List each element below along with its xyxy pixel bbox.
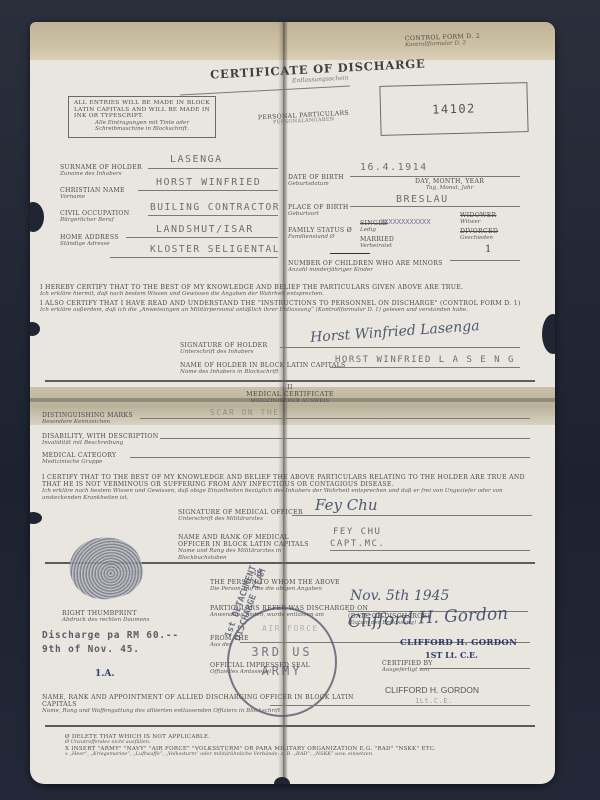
category-label: MEDICAL CATEGORY [42, 452, 116, 459]
status-single-de: Ledig [360, 227, 387, 233]
holder-signature-line [280, 347, 520, 348]
status-divorced: DIVORCED [460, 228, 498, 235]
family-status-label-de: Familienstand Ø [288, 234, 352, 240]
children-label: NUMBER OF CHILDREN WHO ARE MINORS [288, 260, 443, 267]
stamp-center-text: 3RD US ARMY [229, 643, 335, 681]
certify-line2: I ALSO CERTIFY THAT I HAVE READ AND UNDE… [40, 300, 540, 307]
certifier-typed-rank: 1Lt.C.E. [415, 697, 453, 705]
officer-line [270, 705, 530, 706]
holder-name-block: HORST WINFRIED L A S E N G [335, 355, 515, 365]
dob-label-de: Geburtsdatum [288, 181, 344, 187]
notice-text: ALL ENTRIES WILL BE MADE IN BLOCK LATIN … [74, 100, 210, 120]
address-line2-rule [110, 257, 278, 258]
dob-format-en: DAY, MONTH, YEAR [415, 178, 484, 185]
thumbprint-image [64, 530, 147, 606]
disability-field: DISABILITY, WITH DESCRIPTION Invalidität… [42, 433, 158, 447]
marks-label-de: Besondere Kennzeichen [42, 419, 133, 425]
address-line1-rule [126, 237, 278, 238]
address-line2: KLOSTER SELIGENTAL [150, 244, 280, 255]
medical-officer-name: FEY CHU [333, 527, 381, 537]
section-divider-3 [45, 725, 535, 727]
pob-label-de: Geburtsort [288, 211, 349, 217]
discharge-date: Nov. 5th 1945 [350, 588, 449, 604]
officer-label-de: Name, Rang und Waffengattung des alliier… [42, 708, 372, 714]
marks-line [140, 418, 530, 419]
marks-field: DISTINGUISHING MARKS Besondere Kennzeich… [42, 412, 133, 426]
thumbprint-caption: RIGHT THUMBPRINT Abdruck des rechten Dau… [62, 610, 150, 624]
disability-label: DISABILITY, WITH DESCRIPTION [42, 433, 158, 440]
marks-value: SCAR ON THE [210, 408, 279, 417]
occupation-value: BUILING CONTRACTOR [150, 202, 280, 213]
certified-by-label: CERTIFIED BY [382, 660, 433, 667]
disability-label-de: Invalidität mit Beschreibung [42, 440, 158, 446]
dob-line [350, 176, 520, 177]
dob-label: DATE OF BIRTH [288, 174, 344, 181]
status-divorced-option: DIVORCED Geschieden [460, 228, 498, 242]
status-married-de: Verheiratet [360, 243, 394, 249]
surname-value: LASENGA [170, 154, 223, 165]
payment-note: Discharge pa RM 60.-- 9th of Nov. 45. [42, 629, 179, 657]
paper-hole [30, 512, 42, 524]
status-married-option: MARRIED Verheiratet [360, 236, 394, 250]
discharge-certificate: CONTROL FORM D. 2 Kontrollformular D. 2 … [30, 22, 555, 784]
medical-cert-text: I CERTIFY THAT TO THE BEST OF MY KNOWLED… [42, 474, 537, 488]
medical-certification: I CERTIFY THAT TO THE BEST OF MY KNOWLED… [42, 474, 537, 501]
document-title-de: Entlassungsschein [292, 75, 349, 85]
pob-value: BRESLAU [396, 194, 449, 205]
holder-name-block-label: NAME OF HOLDER IN BLOCK LATIN CAPITALS [180, 362, 346, 369]
occupation-line [148, 215, 278, 216]
serial-number-box: 14102 [379, 82, 528, 136]
medical-name-rank-line [330, 550, 530, 551]
disability-line [160, 438, 530, 439]
certify-line1-de: Ich erkläre hiermit, daß nach bestem Wis… [40, 291, 540, 297]
children-count: 1 [485, 244, 491, 255]
holder-name-block-label-de: Name des Inhabers in Blockschrift [180, 369, 346, 375]
certifier-stamp-rank: 1ST Lt. C.E. [425, 650, 478, 660]
pob-line [350, 206, 520, 207]
medical-name-rank-field: NAME AND RANK OF MEDICAL OFFICER IN BLOC… [178, 534, 318, 561]
holder-signature: Horst Winfried Lasenga [310, 318, 480, 346]
medical-signature-line [292, 515, 532, 516]
person-label-de: Die Person, auf die die obigen Angaben [210, 586, 340, 592]
title-underline [180, 86, 350, 96]
dob-format: DAY, MONTH, YEAR Tag, Monat, Jahr [415, 178, 484, 192]
certified-by-line [420, 668, 530, 669]
serial-number: 14102 [432, 101, 476, 116]
payment-note-line1: Discharge pa RM 60.-- [42, 629, 179, 643]
certifier-stamp-name: CLIFFORD H. GORDON [400, 638, 517, 648]
address-label-de: Ständige Adresse [60, 241, 119, 247]
children-field: NUMBER OF CHILDREN WHO ARE MINORS Anzahl… [288, 260, 443, 274]
certified-by-field: CERTIFIED BY Ausgefertigt von [382, 660, 433, 674]
notice-box: ALL ENTRIES WILL BE MADE IN BLOCK LATIN … [68, 96, 216, 138]
holder-signature-label-de: Unterschrift des Inhabers [180, 349, 267, 355]
status-widower: WIDOWER [460, 212, 496, 219]
pob-label: PLACE OF BIRTH [288, 204, 349, 211]
status-married: MARRIED [360, 236, 394, 243]
christian-name-field: CHRISTIAN NAME Vorname [60, 187, 125, 201]
payment-note-line2: 9th of Nov. 45. [42, 643, 179, 657]
section-divider-1 [45, 380, 535, 382]
paper-hole [30, 322, 40, 336]
person-field: THE PERSON TO WHOM THE ABOVE Die Person,… [210, 579, 340, 593]
holder-name-block-field: NAME OF HOLDER IN BLOCK LATIN CAPITALS N… [180, 362, 346, 376]
personal-particulars-heading: PERSONAL PARTICULARS PERSONALANGABEN [258, 110, 350, 128]
initials-stamp: 1.A. [95, 669, 115, 679]
medical-signature: Fey Chu [315, 496, 378, 514]
children-label-de: Anzahl minderjähriger Kinder [288, 267, 443, 273]
medical-signature-field: SIGNATURE OF MEDICAL OFFICER Unterschrif… [178, 509, 303, 523]
certifier-signature: Clifford H. Gordon [348, 604, 509, 632]
medical-officer-rank: CAPT.MC. [330, 539, 385, 549]
thumbprint-label: RIGHT THUMBPRINT [62, 610, 150, 617]
christian-name-label: CHRISTIAN NAME [60, 187, 125, 194]
occupation-field: CIVIL OCCUPATION Bürgerlicher Beruf [60, 210, 130, 224]
category-field: MEDICAL CATEGORY Medizinische Gruppe [42, 452, 116, 466]
surname-label: SURNAME OF HOLDER [60, 164, 142, 171]
control-form-label: CONTROL FORM D. 2 Kontrollformular D. 2 [405, 33, 481, 49]
medical-title-de: MEDIZINISCHER AUSWEIS [240, 399, 340, 405]
address-label: HOME ADDRESS [60, 234, 119, 241]
status-divider [330, 253, 370, 254]
paper-tear [542, 314, 555, 354]
notice-text-de: Alle Eintragungen mit Tinte oder Schreib… [74, 120, 210, 133]
occupation-label-de: Bürgerlicher Beruf [60, 217, 130, 223]
marks-label: DISTINGUISHING MARKS [42, 412, 133, 419]
certify-line1: I HEREBY CERTIFY THAT TO THE BEST OF MY … [40, 284, 540, 291]
children-line [450, 260, 520, 261]
paper-notch [274, 777, 290, 784]
medical-cert-text-de: Ich erkläre nach bestem Wissen und Gewis… [42, 488, 537, 501]
pob-field: PLACE OF BIRTH Geburtsort [288, 204, 349, 218]
certify-line2-de: Ich erkläre außerdem, daß ich die „Anwei… [40, 307, 540, 313]
dob-format-de: Tag, Monat, Jahr [415, 185, 484, 191]
address-line1: LANDSHUT/ISAR [156, 224, 254, 235]
occupation-label: CIVIL OCCUPATION [60, 210, 130, 217]
surname-label-de: Zuname des Inhabers [60, 171, 142, 177]
category-label-de: Medizinische Gruppe [42, 459, 116, 465]
status-widower-option: WIDOWER Witwer [460, 212, 496, 226]
category-line [130, 457, 530, 458]
medical-name-rank-label: NAME AND RANK OF MEDICAL OFFICER IN BLOC… [178, 534, 318, 548]
medical-heading: II MEDICAL CERTIFICATE MEDIZINISCHER AUS… [240, 384, 340, 404]
holder-name-block-line [330, 367, 520, 368]
officer-label: NAME, RANK AND APPOINTMENT OF ALLIED DIS… [42, 694, 372, 708]
strike-through-x-marks: XXXXXXXXXXXX [380, 218, 431, 226]
status-divorced-de: Geschieden [460, 235, 498, 241]
address-field: HOME ADDRESS Ständige Adresse [60, 234, 119, 248]
holder-signature-field: SIGNATURE OF HOLDER Unterschrift des Inh… [180, 342, 267, 356]
footnotes: Ø DELETE THAT WHICH IS NOT APPLICABLE. Ø… [65, 734, 505, 758]
footnote-insert-de: x „Heer“, „Kriegsmarine“, „Luftwaffe“, „… [65, 752, 505, 758]
dob-field: DATE OF BIRTH Geburtsdatum [288, 174, 344, 188]
family-status-field: FAMILY STATUS Ø Familienstand Ø [288, 227, 352, 241]
surname-field: SURNAME OF HOLDER Zuname des Inhabers [60, 164, 142, 178]
christian-name-line [138, 190, 278, 191]
medical-name-rank-label-de: Name und Rang des Militärarztes in Block… [178, 548, 318, 561]
certifier-typed-name: CLIFFORD H. GORDON [385, 685, 479, 695]
holder-certification: I HEREBY CERTIFY THAT TO THE BEST OF MY … [40, 284, 540, 313]
medical-signature-label: SIGNATURE OF MEDICAL OFFICER [178, 509, 303, 516]
christian-name-label-de: Vorname [60, 194, 125, 200]
holder-signature-label: SIGNATURE OF HOLDER [180, 342, 267, 349]
surname-line [148, 168, 278, 169]
thumbprint-label-de: Abdruck des rechten Daumens [62, 617, 150, 623]
status-widower-de: Witwer [460, 219, 496, 225]
christian-name-value: HORST WINFRIED [156, 177, 261, 188]
medical-signature-label-de: Unterschrift des Militärarztes [178, 516, 303, 522]
dob-value: 16.4.1914 [360, 162, 428, 173]
paper-tear [30, 202, 44, 232]
person-label: THE PERSON TO WHOM THE ABOVE [210, 579, 340, 586]
